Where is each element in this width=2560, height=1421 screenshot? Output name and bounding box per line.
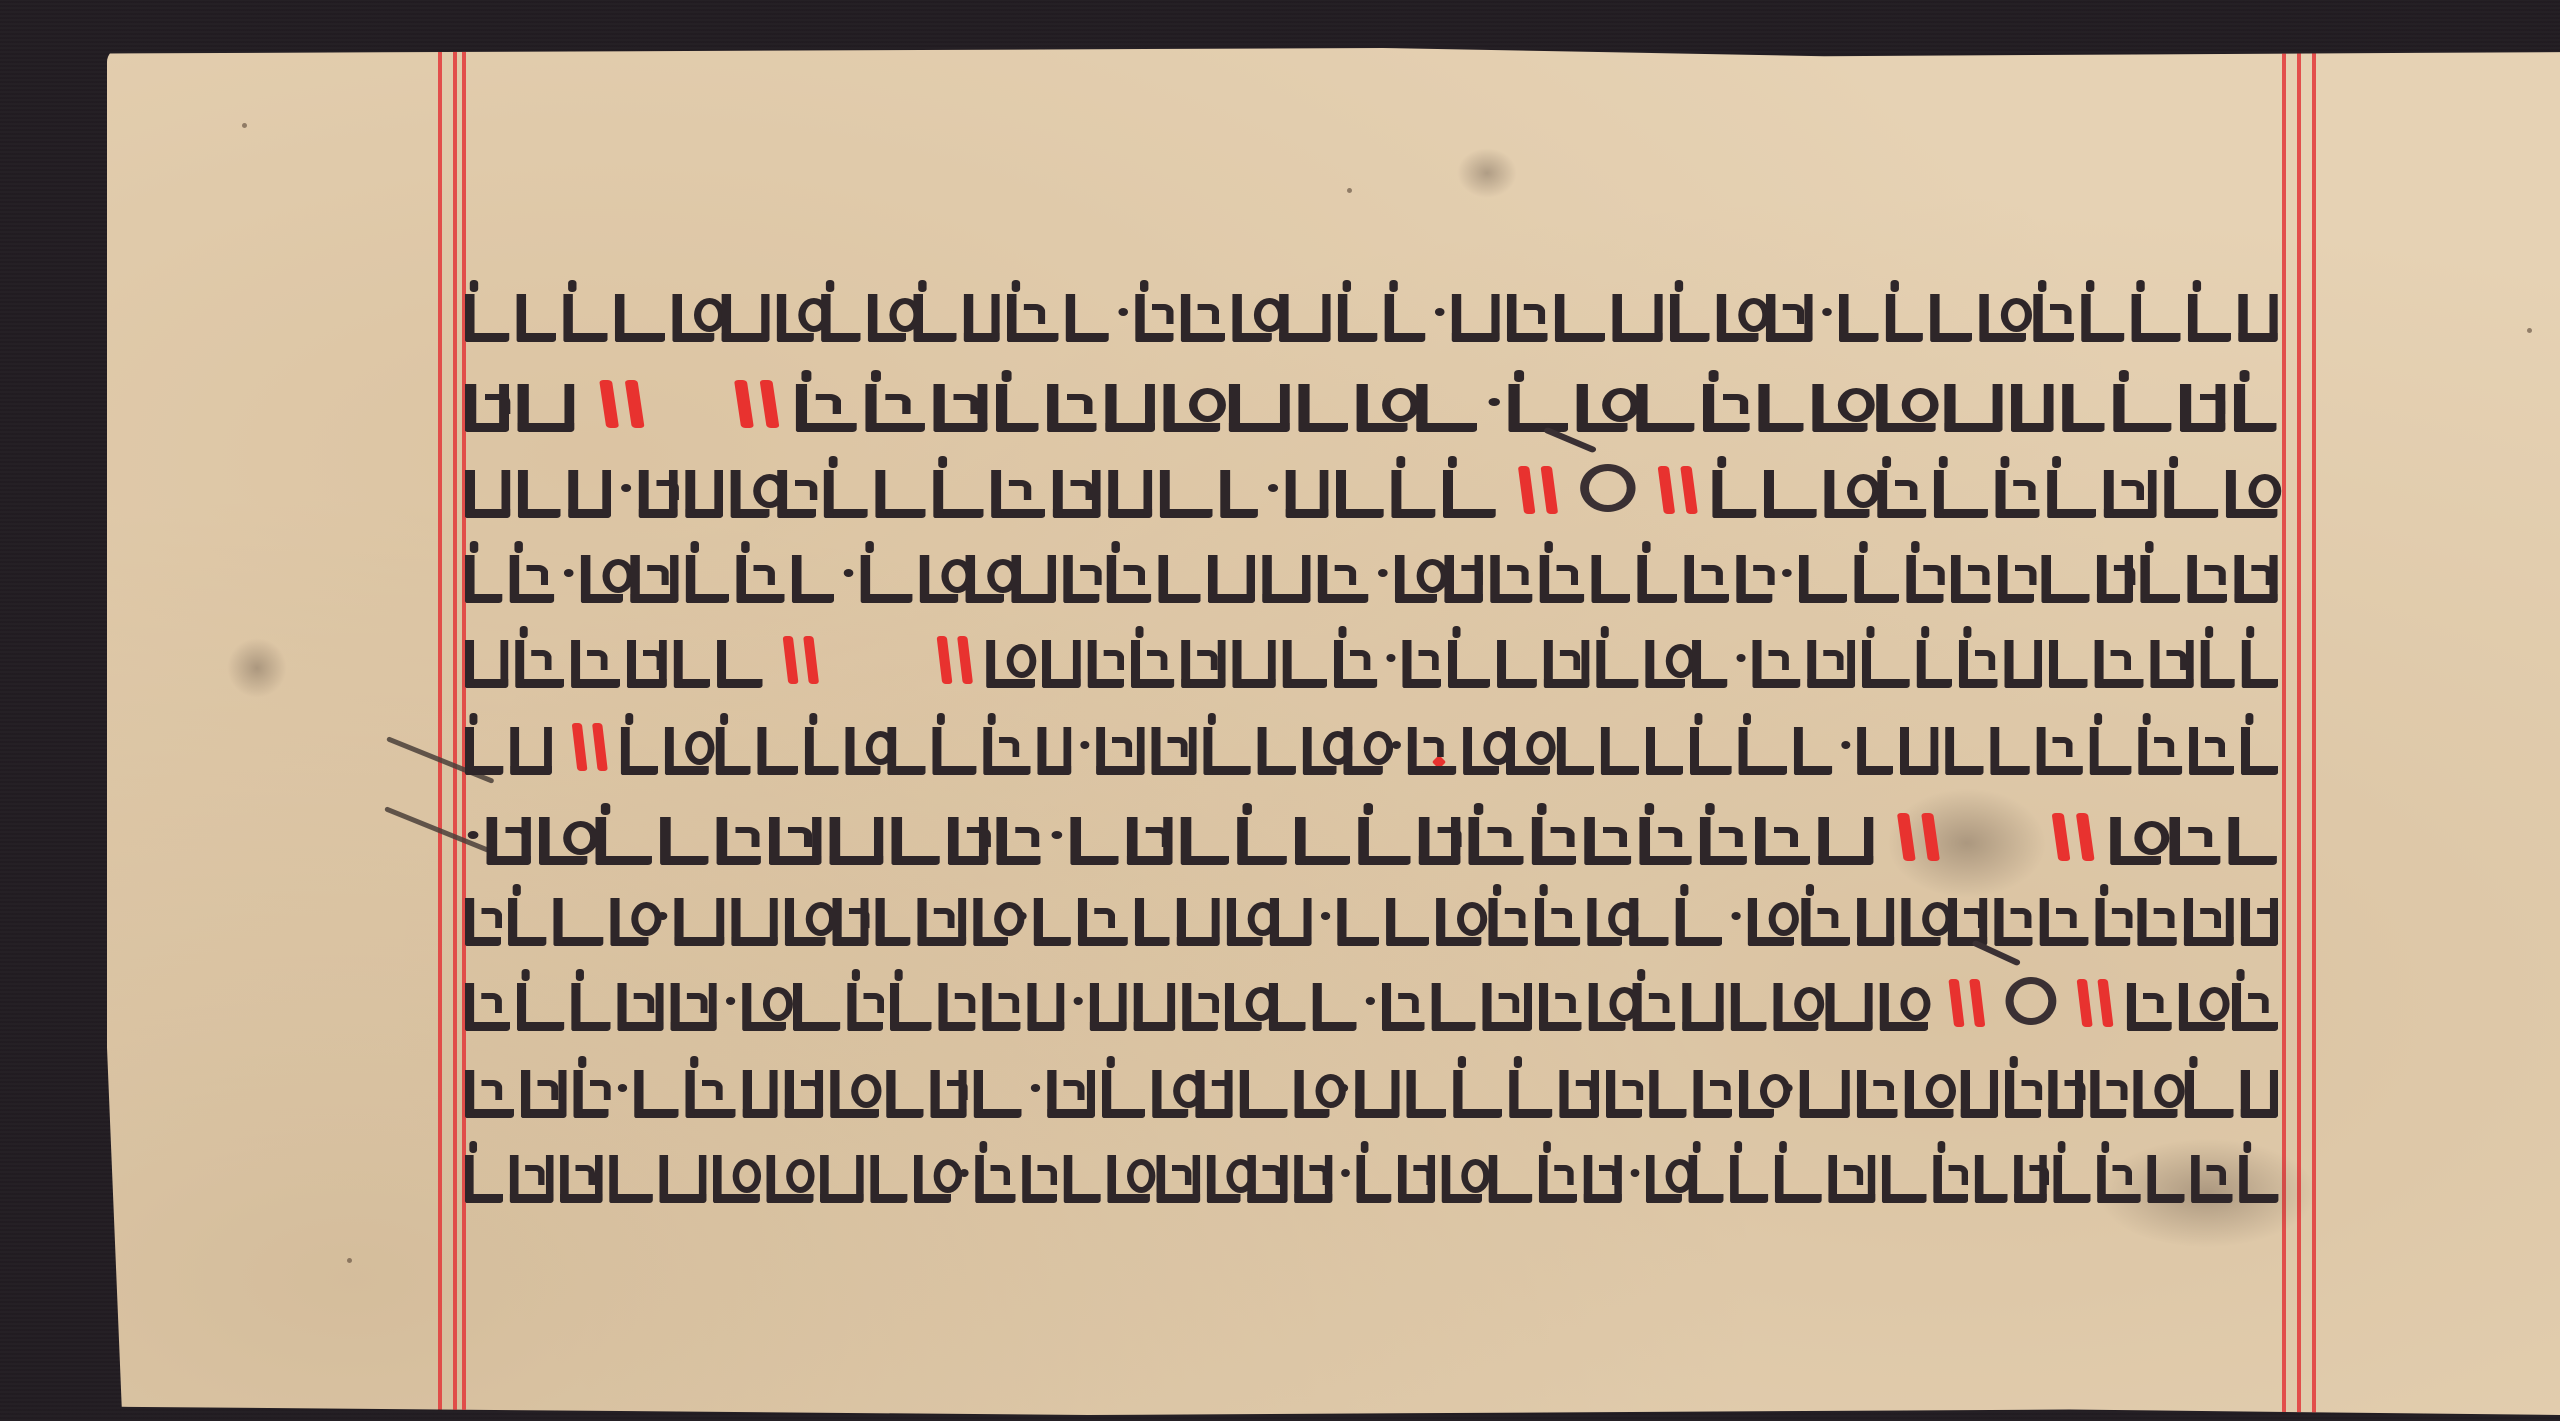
script-glyph xyxy=(1900,727,1938,775)
script-glyph xyxy=(1007,294,1059,342)
script-glyph xyxy=(1134,983,1176,1031)
script-glyph xyxy=(1951,555,1991,603)
script-glyph xyxy=(986,640,1035,688)
script-glyph xyxy=(2133,1070,2177,1118)
script-glyph xyxy=(510,555,555,603)
script-glyph xyxy=(560,1155,603,1203)
script-glyph xyxy=(639,470,678,518)
script-glyph xyxy=(1334,640,1377,688)
script-glyph xyxy=(1862,640,1910,688)
script-glyph xyxy=(1535,898,1580,946)
script-glyph xyxy=(1731,983,1767,1031)
script-glyph xyxy=(1225,983,1262,1031)
script-glyph xyxy=(1107,555,1152,603)
script-glyph xyxy=(974,1070,1022,1118)
punctuation-dot xyxy=(1731,912,1740,920)
script-glyph xyxy=(1901,898,1941,946)
script-glyph xyxy=(1337,898,1379,946)
script-glyph xyxy=(671,983,717,1031)
punctuation-dot xyxy=(1435,308,1445,316)
script-glyph xyxy=(465,727,503,775)
script-glyph xyxy=(518,470,561,518)
paper-speck xyxy=(2527,328,2532,333)
script-glyph xyxy=(2090,1070,2126,1118)
script-glyph xyxy=(1066,294,1109,342)
script-glyph xyxy=(1906,555,1943,603)
red-double-danda xyxy=(2079,977,2110,1027)
script-glyph xyxy=(2004,640,2042,688)
punctuation-dot xyxy=(844,569,854,577)
script-glyph xyxy=(2090,727,2132,775)
script-glyph xyxy=(1070,817,1118,865)
script-glyph xyxy=(1689,1155,1724,1203)
script-glyph xyxy=(1318,555,1369,603)
script-glyph xyxy=(563,294,607,342)
script-glyph xyxy=(521,1070,567,1118)
paper-speck xyxy=(242,123,247,128)
script-glyph xyxy=(1203,727,1250,775)
script-glyph xyxy=(1961,1070,1998,1118)
script-glyph xyxy=(518,384,575,432)
script-glyph xyxy=(1807,640,1855,688)
punctuation-dot xyxy=(1268,484,1278,492)
punctuation-dot xyxy=(1051,831,1062,839)
script-glyph xyxy=(568,470,611,518)
script-glyph xyxy=(1338,294,1378,342)
red-double-danda xyxy=(939,634,970,684)
script-glyph xyxy=(1559,1070,1599,1118)
script-glyph xyxy=(2185,1070,2234,1118)
script-glyph xyxy=(2234,384,2277,432)
script-glyph xyxy=(932,727,976,775)
script-glyph xyxy=(686,555,729,603)
punctuation-dot xyxy=(1366,997,1375,1005)
script-glyph xyxy=(1182,983,1218,1031)
script-glyph xyxy=(1295,817,1350,865)
script-glyph xyxy=(785,1070,824,1118)
script-glyph xyxy=(2041,555,2089,603)
script-glyph xyxy=(1357,384,1408,432)
script-glyph xyxy=(1818,817,1873,865)
script-glyph xyxy=(1385,294,1426,342)
script-glyph xyxy=(2169,817,2220,865)
script-glyph xyxy=(2191,1155,2233,1203)
punctuation-dot xyxy=(618,1084,627,1092)
manuscript-line xyxy=(465,1048,2285,1118)
script-glyph xyxy=(1358,817,1410,865)
script-glyph xyxy=(665,727,709,775)
manuscript-line xyxy=(465,533,2285,603)
script-glyph xyxy=(1443,470,1496,518)
script-glyph xyxy=(1463,727,1499,775)
script-glyph xyxy=(1207,1155,1241,1203)
script-glyph xyxy=(966,555,1005,603)
left-ruling-line xyxy=(438,48,442,1415)
punctuation-dot xyxy=(1631,1169,1640,1177)
script-glyph xyxy=(465,983,510,1031)
punctuation-dot xyxy=(468,831,479,839)
punctuation-dot xyxy=(1118,308,1128,316)
script-glyph xyxy=(820,1155,864,1203)
script-glyph xyxy=(2238,294,2278,342)
script-glyph xyxy=(465,294,509,342)
punctuation-dot xyxy=(564,569,574,577)
script-glyph xyxy=(1160,470,1213,518)
script-glyph xyxy=(1416,384,1477,432)
script-glyph xyxy=(914,1155,951,1203)
script-glyph xyxy=(832,898,868,946)
script-glyph xyxy=(2232,983,2278,1031)
script-glyph xyxy=(933,384,987,432)
script-glyph xyxy=(1703,384,1750,432)
script-glyph xyxy=(1990,727,2030,775)
script-glyph xyxy=(1444,555,1483,603)
script-glyph xyxy=(1764,470,1817,518)
script-glyph xyxy=(1096,727,1145,775)
red-double-danda xyxy=(1900,811,1936,861)
script-glyph xyxy=(1063,555,1099,603)
script-glyph xyxy=(1047,384,1097,432)
script-glyph xyxy=(1208,555,1255,603)
script-glyph xyxy=(1854,555,1899,603)
script-glyph xyxy=(2053,1155,2090,1203)
punctuation-dot xyxy=(1031,1084,1040,1092)
script-glyph xyxy=(2095,898,2130,946)
script-glyph xyxy=(792,555,834,603)
script-glyph xyxy=(674,640,710,688)
script-glyph xyxy=(1682,983,1724,1031)
script-glyph xyxy=(743,1070,778,1118)
script-glyph xyxy=(1886,294,1923,342)
script-glyph xyxy=(2184,898,2234,946)
script-glyph xyxy=(1047,1070,1095,1118)
script-glyph xyxy=(465,1155,503,1203)
script-glyph xyxy=(1177,898,1220,946)
script-glyph xyxy=(1730,1155,1768,1203)
script-glyph xyxy=(1633,983,1676,1031)
script-glyph xyxy=(465,640,508,688)
script-glyph xyxy=(1240,1070,1288,1118)
script-glyph xyxy=(1717,294,1759,342)
script-glyph xyxy=(2037,727,2083,775)
script-glyph xyxy=(1934,470,1988,518)
script-glyph xyxy=(2062,384,2105,432)
script-glyph xyxy=(2234,555,2277,603)
script-glyph xyxy=(1407,1070,1447,1118)
script-glyph xyxy=(517,294,557,342)
script-glyph xyxy=(717,640,763,688)
script-glyph xyxy=(913,294,956,342)
script-glyph xyxy=(634,1070,678,1118)
script-glyph xyxy=(1959,640,1998,688)
script-glyph xyxy=(1589,983,1626,1031)
script-glyph xyxy=(2104,470,2157,518)
script-glyph xyxy=(1690,727,1732,775)
red-double-danda xyxy=(1521,464,1555,514)
script-glyph xyxy=(1107,1155,1150,1203)
script-glyph xyxy=(610,898,648,946)
script-glyph xyxy=(609,1155,653,1203)
script-glyph xyxy=(487,817,531,865)
script-glyph xyxy=(2011,384,2054,432)
script-glyph xyxy=(1034,898,1071,946)
script-glyph xyxy=(1944,384,2002,432)
punctuation-dot xyxy=(1489,398,1500,406)
script-glyph xyxy=(1584,817,1631,865)
script-glyph xyxy=(875,470,925,518)
script-glyph xyxy=(1758,384,1803,432)
script-glyph xyxy=(2241,727,2278,775)
script-glyph xyxy=(1801,898,1850,946)
red-double-danda xyxy=(603,378,641,428)
script-glyph xyxy=(1794,727,1832,775)
red-double-danda xyxy=(575,721,605,771)
script-glyph xyxy=(1812,384,1867,432)
script-glyph xyxy=(2201,640,2235,688)
punctuation-dot xyxy=(1378,569,1388,577)
script-glyph xyxy=(1636,384,1694,432)
script-glyph xyxy=(627,640,667,688)
script-glyph xyxy=(1356,1155,1391,1203)
script-glyph xyxy=(830,817,884,865)
script-glyph xyxy=(465,898,501,946)
punctuation-dot xyxy=(1392,741,1401,749)
script-glyph xyxy=(1195,1070,1232,1118)
script-glyph xyxy=(1857,898,1894,946)
right-ruling-line xyxy=(2312,48,2316,1415)
script-glyph xyxy=(1828,1155,1875,1203)
script-glyph xyxy=(2241,1070,2278,1118)
script-glyph xyxy=(2138,727,2182,775)
script-glyph xyxy=(757,727,798,775)
script-glyph xyxy=(2137,898,2177,946)
script-glyph xyxy=(1269,983,1306,1031)
script-glyph xyxy=(769,817,821,865)
script-glyph xyxy=(824,470,868,518)
script-glyph xyxy=(1313,983,1357,1031)
script-glyph xyxy=(1676,898,1723,946)
script-glyph xyxy=(1037,727,1071,775)
script-glyph xyxy=(1279,294,1331,342)
script-glyph xyxy=(1108,470,1152,518)
script-glyph xyxy=(2140,555,2180,603)
script-glyph xyxy=(1629,898,1669,946)
manuscript-line xyxy=(465,618,2285,688)
script-glyph xyxy=(1532,817,1576,865)
script-glyph xyxy=(1752,640,1800,688)
script-glyph xyxy=(1945,727,1983,775)
script-glyph xyxy=(1220,470,1258,518)
paper-stain xyxy=(1457,148,1517,198)
script-glyph xyxy=(2132,294,2181,342)
script-glyph xyxy=(1596,640,1638,688)
script-glyph xyxy=(1601,727,1639,775)
script-glyph xyxy=(1286,470,1329,518)
script-glyph xyxy=(1694,1070,1733,1118)
script-glyph xyxy=(1766,294,1813,342)
script-glyph xyxy=(2239,1155,2278,1203)
paper-stain xyxy=(227,638,287,698)
script-glyph xyxy=(731,470,770,518)
script-glyph xyxy=(931,1070,967,1118)
script-glyph xyxy=(1042,640,1081,688)
script-glyph xyxy=(1637,555,1677,603)
script-glyph xyxy=(1237,817,1287,865)
script-glyph xyxy=(1933,1155,1968,1203)
script-glyph xyxy=(574,1070,609,1118)
punctuation-dot xyxy=(1841,741,1850,749)
script-glyph xyxy=(539,817,587,865)
manuscript-line xyxy=(465,448,2285,518)
script-glyph xyxy=(1395,555,1437,603)
script-glyph xyxy=(861,555,913,603)
script-glyph xyxy=(1468,817,1523,865)
script-glyph xyxy=(1229,384,1290,432)
red-double-danda xyxy=(1661,464,1695,514)
script-glyph xyxy=(1402,640,1441,688)
script-glyph xyxy=(785,898,826,946)
script-glyph xyxy=(2188,294,2231,342)
script-glyph xyxy=(1053,470,1101,518)
script-glyph xyxy=(938,983,975,1031)
script-glyph xyxy=(983,727,1030,775)
script-glyph xyxy=(717,817,761,865)
script-glyph xyxy=(571,983,610,1031)
red-double-danda xyxy=(785,634,816,684)
script-glyph xyxy=(1882,1155,1927,1203)
script-glyph xyxy=(1453,1070,1502,1118)
script-glyph xyxy=(886,1070,923,1118)
script-glyph xyxy=(1232,294,1272,342)
script-glyph xyxy=(1382,983,1425,1031)
script-glyph xyxy=(1948,898,1988,946)
script-glyph xyxy=(1577,384,1628,432)
script-glyph xyxy=(722,294,770,342)
script-glyph xyxy=(2033,294,2074,342)
script-glyph xyxy=(1181,294,1225,342)
script-glyph xyxy=(777,294,814,342)
script-glyph xyxy=(1555,294,1605,342)
script-glyph xyxy=(2005,1070,2041,1118)
manuscript-line xyxy=(465,1133,2285,1203)
script-glyph xyxy=(1646,727,1683,775)
script-glyph xyxy=(1639,817,1691,865)
script-glyph xyxy=(621,727,658,775)
script-glyph xyxy=(1090,983,1127,1031)
punctuation-dot xyxy=(1386,654,1395,662)
script-glyph xyxy=(2048,1070,2083,1118)
script-glyph xyxy=(1591,555,1630,603)
script-glyph xyxy=(845,727,880,775)
script-glyph xyxy=(716,727,751,775)
red-double-danda xyxy=(738,378,776,428)
red-double-danda xyxy=(2055,811,2091,861)
script-glyph xyxy=(1355,1070,1399,1118)
script-glyph xyxy=(1497,640,1537,688)
script-glyph xyxy=(975,1155,1015,1203)
script-glyph xyxy=(1755,817,1810,865)
script-glyph xyxy=(1684,555,1729,603)
script-glyph xyxy=(1839,294,1879,342)
script-glyph xyxy=(1544,640,1590,688)
script-glyph xyxy=(1700,817,1747,865)
script-glyph xyxy=(2180,384,2225,432)
manuscript-line xyxy=(465,705,2285,775)
script-glyph xyxy=(1773,983,1818,1031)
script-glyph xyxy=(1587,898,1622,946)
script-glyph xyxy=(1557,727,1594,775)
script-glyph xyxy=(1736,555,1772,603)
script-glyph xyxy=(742,983,786,1031)
script-glyph xyxy=(2164,470,2218,518)
script-glyph xyxy=(508,898,546,946)
script-glyph xyxy=(2047,470,2096,518)
script-glyph xyxy=(510,1155,554,1203)
script-glyph xyxy=(465,1070,514,1118)
script-glyph xyxy=(2150,640,2193,688)
script-glyph xyxy=(1181,640,1225,688)
script-glyph xyxy=(1799,555,1847,603)
script-glyph xyxy=(1135,294,1173,342)
script-glyph xyxy=(1105,384,1155,432)
script-glyph xyxy=(1181,817,1229,865)
script-glyph xyxy=(571,640,620,688)
script-glyph xyxy=(713,1155,760,1203)
script-glyph xyxy=(1488,898,1528,946)
script-glyph xyxy=(1295,1070,1330,1118)
script-glyph xyxy=(796,384,857,432)
script-glyph xyxy=(1975,1155,2008,1203)
script-glyph xyxy=(1490,555,1532,603)
script-glyph xyxy=(2113,384,2171,432)
script-glyph xyxy=(685,470,723,518)
script-glyph xyxy=(2081,294,2124,342)
verse-number xyxy=(1580,464,1635,512)
script-glyph xyxy=(731,898,778,946)
script-glyph xyxy=(1996,470,2040,518)
script-glyph xyxy=(948,817,988,865)
script-glyph xyxy=(2229,817,2277,865)
script-glyph xyxy=(1262,555,1310,603)
script-glyph xyxy=(2014,1155,2047,1203)
punctuation-dot xyxy=(1080,741,1089,749)
punctuation-dot xyxy=(1822,308,1832,316)
punctuation-dot xyxy=(1321,912,1330,920)
script-glyph xyxy=(1078,898,1128,946)
script-glyph xyxy=(617,983,663,1031)
script-glyph xyxy=(1584,1155,1622,1203)
script-glyph xyxy=(1670,294,1710,342)
script-glyph xyxy=(1027,983,1064,1031)
script-glyph xyxy=(1258,727,1296,775)
script-glyph xyxy=(1606,1070,1642,1118)
script-glyph xyxy=(876,898,911,946)
script-glyph xyxy=(1825,983,1872,1031)
script-glyph xyxy=(1930,294,1972,342)
script-glyph xyxy=(1508,384,1568,432)
script-glyph xyxy=(517,983,564,1031)
script-glyph xyxy=(1877,470,1926,518)
script-glyph xyxy=(1151,727,1196,775)
script-glyph xyxy=(1692,640,1727,688)
script-glyph xyxy=(1294,1155,1332,1203)
manuscript-line xyxy=(465,961,2285,1031)
script-glyph xyxy=(920,555,959,603)
script-glyph xyxy=(996,384,1039,432)
script-glyph xyxy=(868,294,906,342)
paper-speck xyxy=(347,1258,352,1263)
script-glyph xyxy=(1824,470,1869,518)
